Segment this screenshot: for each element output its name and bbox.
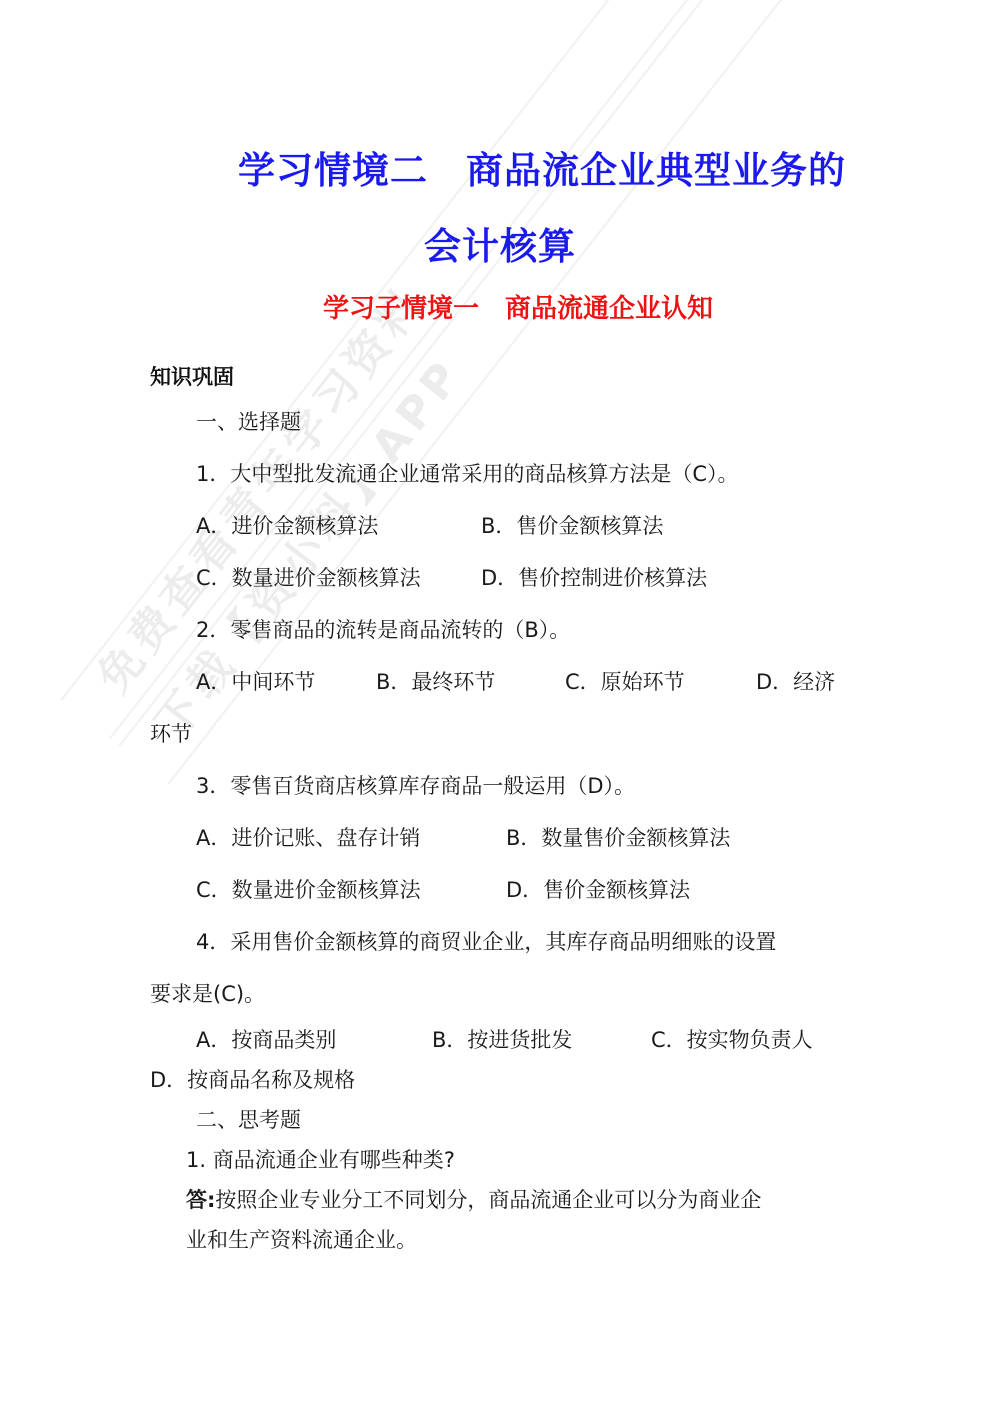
answer-text: 按照企业专业分工不同划分，商品流通企业可以分为商业企 (215, 1188, 761, 1212)
q4-stem: 4．采用售价金额核算的商贸业企业，其库存商品明细账的设置 (196, 926, 776, 956)
part2-answer-line-2: 业和生产资料流通企业。 (186, 1224, 417, 1254)
q1-option-b: B．售价金额核算法 (481, 510, 663, 540)
q4-stem-wrap: 要求是(C)。 (150, 978, 265, 1008)
q2-option-d: D．经济 (756, 666, 835, 696)
page-title-line-1: 学习情境二 商品流企业典型业务的 (238, 140, 846, 194)
q3-stem: 3．零售百货商店核算库存商品一般运用（D）。 (196, 770, 635, 800)
q2-option-d-wrap: 环节 (150, 718, 192, 748)
q1-option-c: C．数量进价金额核算法 (196, 562, 421, 592)
page-subtitle: 学习子情境一 商品流通企业认知 (323, 288, 713, 325)
page-title-line-2: 会计核算 (424, 216, 576, 270)
q1-option-a: A．进价金额核算法 (196, 510, 378, 540)
q3-option-c: C．数量进价金额核算法 (196, 874, 421, 904)
q4-option-a: A．按商品类别 (196, 1024, 336, 1054)
q2-option-c: C．原始环节 (565, 666, 685, 696)
q2-option-a: A．中间环节 (196, 666, 315, 696)
q1-stem: 1．大中型批发流通企业通常采用的商品核算方法是（C）。 (196, 458, 739, 488)
q3-option-a: A．进价记账、盘存计销 (196, 822, 420, 852)
answer-label: 答: (186, 1188, 215, 1212)
q2-stem: 2．零售商品的流转是商品流转的（B）。 (196, 614, 570, 644)
q3-option-d: D．售价金额核算法 (506, 874, 690, 904)
part2-heading: 二、思考题 (196, 1104, 301, 1134)
part1-heading: 一、选择题 (196, 406, 301, 436)
q4-option-b: B．按进货批发 (432, 1024, 572, 1054)
part2-question: 1. 商品流通企业有哪些种类? (186, 1144, 455, 1174)
q3-option-b: B．数量售价金额核算法 (506, 822, 730, 852)
part2-answer-line-1: 答:按照企业专业分工不同划分，商品流通企业可以分为商业企 (186, 1184, 761, 1214)
q2-option-b: B．最终环节 (376, 666, 495, 696)
q4-option-d: D．按商品名称及规格 (150, 1064, 355, 1094)
section-heading: 知识巩固 (150, 361, 234, 391)
q1-option-d: D．售价控制进价核算法 (481, 562, 707, 592)
q4-option-c: C．按实物负责人 (651, 1024, 813, 1054)
